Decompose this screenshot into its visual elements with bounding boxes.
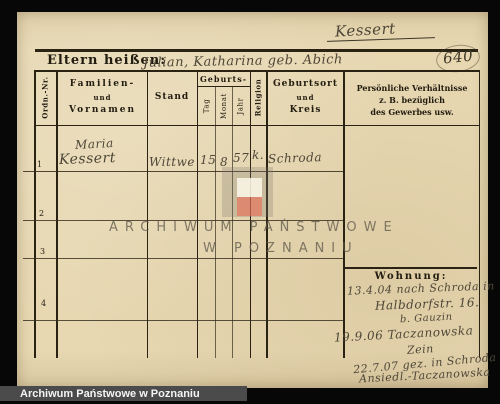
header-familien-line3: Vornamen [58, 104, 147, 117]
header-persoenliche: Persönliche Verhältnisse z. B. bezüglich… [345, 82, 479, 118]
header-familien-line2: und [58, 91, 147, 104]
wohnung-note-5: Zein [407, 342, 435, 357]
row1-religion: k. [252, 148, 264, 162]
watermark-flag-red [237, 197, 262, 216]
row1-surname: Kessert [59, 150, 116, 168]
header-geburtsort-line3: Kreis [268, 104, 343, 117]
row-line-4 [23, 320, 343, 321]
header-jahr-label: Jahr [237, 97, 245, 114]
header-familien-line1: Familien- [58, 78, 147, 91]
header-stand: Stand [147, 92, 197, 102]
watermark-flag-white [237, 178, 262, 197]
header-geburtsort-kreis: Geburtsort und Kreis [268, 78, 343, 117]
eltern-value-handwriting: Julian, Katharina geb. Abich [143, 52, 343, 70]
header-jahr: Jahr [232, 86, 250, 125]
row1-birth-year: 57 [233, 151, 249, 165]
table-header-bottom [34, 125, 480, 126]
wohnung-note-3: b. Gauzin [400, 312, 453, 326]
wohnung-note-2: Halbdorfstr. 16. [375, 295, 480, 313]
header-religion: Religion [250, 70, 266, 125]
archive-watermark-line2: W POZNANIU [203, 241, 359, 256]
row-line-1 [23, 171, 343, 172]
header-ordn-nr: Ordn.-Nr. [34, 70, 56, 125]
header-tag: Tag [197, 86, 215, 125]
header-ordn-nr-label: Ordn.-Nr. [41, 76, 50, 118]
row-line-3 [23, 258, 343, 259]
wohnung-divider [345, 267, 477, 269]
header-persoenliche-line1: Persönliche Verhältnisse [345, 82, 479, 94]
header-persoenliche-line2: z. B. bezüglich [345, 94, 479, 106]
row1-stand: Wittwe [149, 155, 195, 169]
row1-birthplace: Schroda [268, 150, 322, 166]
column-line-familien [147, 70, 148, 358]
scan-viewer: Kessert Eltern heißen: Julian, Katharina… [0, 0, 500, 404]
header-monat: Monat [215, 86, 232, 125]
header-religion-label: Religion [254, 79, 263, 117]
archive-watermark-line1: ARCHIWUM PAŃSTWOWE [109, 220, 399, 235]
viewer-footer-bar: Archiwum Państwowe w Poznaniu [0, 386, 247, 401]
header-monat-label: Monat [220, 93, 228, 119]
row-number-4: 4 [41, 299, 46, 308]
document-scan: Kessert Eltern heißen: Julian, Katharina… [17, 12, 488, 388]
signature-handwriting: Kessert [335, 19, 397, 40]
wohnung-note-4: 19.9.06 Taczanowska [334, 323, 474, 344]
row-number-1: 1 [37, 160, 42, 169]
archive-name-label: Archiwum Państwowe w Poznaniu [0, 388, 200, 400]
row1-birth-day: 15 [200, 153, 216, 167]
row-number-2: 2 [39, 209, 44, 218]
top-rule [35, 49, 478, 52]
header-geburtsort-line2: und [268, 91, 343, 104]
header-geburts: Geburts- [197, 74, 250, 84]
header-tag-label: Tag [202, 98, 210, 113]
table-right-border [479, 70, 480, 358]
header-geburtsort-line1: Geburtsort [268, 78, 343, 91]
header-persoenliche-line3: des Gewerbes usw. [345, 106, 479, 118]
row-number-3: 3 [40, 247, 45, 256]
archive-watermark-logo [222, 167, 273, 217]
header-familien-vornamen: Familien- und Vornamen [58, 78, 147, 117]
